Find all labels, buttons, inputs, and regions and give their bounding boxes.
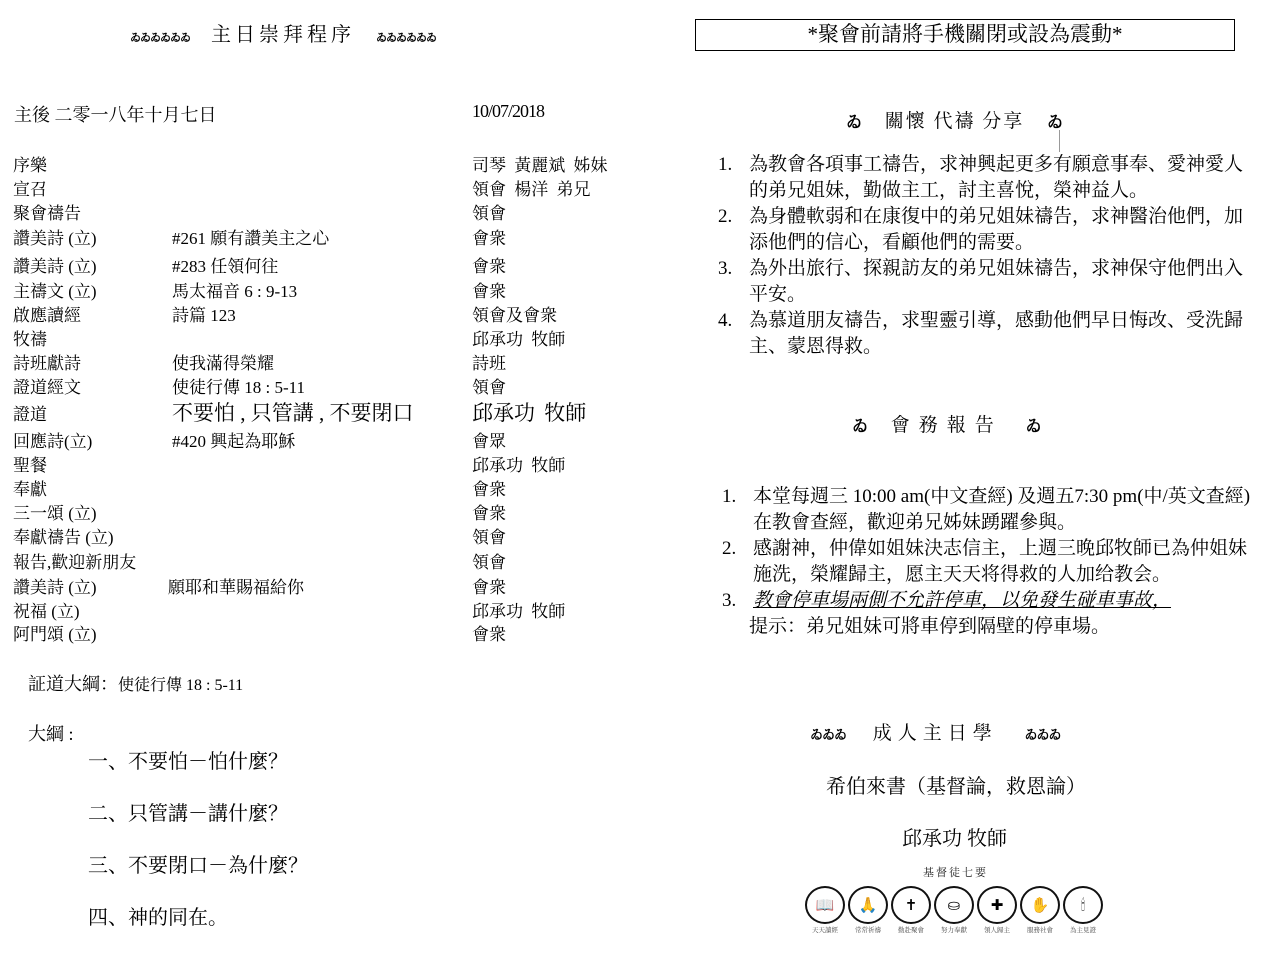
program-row: 讚美詩 (立)#261 願有讚美主之心會衆 <box>0 224 640 248</box>
program-row: 聖餐邱承功 牧師 <box>0 451 640 475</box>
ornament-icon: ゐ <box>852 416 868 435</box>
item-text: 本堂每週三 10:00 am(中文查經) 及週五7:30 pm(中/英文查經)在… <box>753 486 1250 533</box>
program-item: 祝福 (立) <box>13 597 80 622</box>
program-row: 三一頌 (立)會衆 <box>0 499 640 523</box>
essential-label: 服務社會 <box>1017 925 1063 934</box>
program-leader: 領會 <box>472 373 506 398</box>
program-row-sermon: 證道不要怕 , 只管講 , 不要閉口邱承功 牧師 <box>0 400 640 424</box>
program-item: 牧禱 <box>13 325 47 350</box>
program-row: 讚美詩 (立)願耶和華賜福給你會衆 <box>0 573 640 597</box>
program-item: 序樂 <box>13 151 47 176</box>
program-leader: 詩班 <box>472 349 506 374</box>
program-row: 奉獻禱告 (立)領會 <box>0 523 640 547</box>
program-detail: #261 願有讚美主之心 <box>172 224 329 249</box>
program-row: 啟應讀經詩篇 123領會及會衆 <box>0 301 640 325</box>
reading-icon: 📖 <box>805 886 845 924</box>
program-item: 回應詩(立) <box>13 427 92 452</box>
program-item: 宣召 <box>13 175 47 200</box>
item-number: 2. <box>718 204 732 230</box>
prayer-list: 1.為教會各項事工禱告，求神興起更多有願意事奉、愛神愛人的弟兄姐妹，勤做主工，討… <box>712 152 1257 360</box>
evangelism-icon: ✚ <box>977 886 1017 924</box>
outline-point: 二、只管講－講什麼？ <box>88 797 288 826</box>
program-row: 奉獻會衆 <box>0 475 640 499</box>
outline-label: 大綱 : <box>28 720 74 746</box>
sunday-school-teacher: 邱承功 牧師 <box>902 822 1007 851</box>
program-row: 序樂司琴 黃麗斌 姊妹 <box>0 151 640 175</box>
ornament-icon: ゐ <box>1047 112 1063 131</box>
program-row: 宣召領會 楊洋 弟兄 <box>0 175 640 199</box>
program-item: 主禱文 (立) <box>13 277 97 302</box>
program-item: 阿門頌 (立) <box>13 620 97 645</box>
program-item: 奉獻 <box>13 475 47 500</box>
sermon-outline-heading: 証道大綱：使徒行傳 18 : 5-11 <box>28 670 243 696</box>
prayer-item: 3.為外出旅行、探親訪友的弟兄姐妹禱告，求神保守他們出入平安。 <box>712 256 1257 308</box>
program-detail: #283 任領何往 <box>172 252 278 277</box>
ornament-icon: ゐゐゐ <box>1025 728 1061 743</box>
sunday-school-heading-text: 成人主日學 <box>873 723 998 744</box>
divider-line <box>1059 130 1060 152</box>
program-leader: 會衆 <box>472 277 506 302</box>
program-detail: 使徒行傳 18 : 5-11 <box>172 373 305 398</box>
ornament-icon: ゐ <box>1026 416 1042 435</box>
item-text: 感謝神，仲偉如姐妹決志信主，上週三晚邱牧師已為仲姐妹施洗，榮耀歸主，愿主天天将得… <box>753 538 1247 585</box>
program-item: 詩班獻詩 <box>13 349 81 374</box>
item-number: 3. <box>722 588 736 614</box>
program-leader: 會衆 <box>472 499 506 524</box>
program-detail: 馬太福音 6 : 9-13 <box>172 277 297 302</box>
item-number: 1. <box>718 152 732 178</box>
praying-icon: 🙏 <box>848 886 888 924</box>
program-item: 讚美詩 (立) <box>13 224 97 249</box>
program-item: 聖餐 <box>13 451 47 476</box>
outline-point: 四、神的同在。 <box>88 901 228 930</box>
program-item: 讚美詩 (立) <box>13 252 97 277</box>
program-leader: 領會 <box>472 199 506 224</box>
program-row: 阿門頌 (立)會衆 <box>0 620 640 644</box>
ornament-icon: ゐ <box>846 112 862 131</box>
essential-label: 天天讀經 <box>802 925 848 934</box>
program-item: 奉獻禱告 (立) <box>13 523 114 548</box>
essential-label: 為主見證 <box>1060 925 1106 934</box>
program-row: 報告,歡迎新朋友領會 <box>0 548 640 572</box>
sermon-outline-label: 証道大綱： <box>28 674 118 694</box>
program-detail: 使我滿得榮耀 <box>172 349 274 374</box>
essential-label: 常常祈禱 <box>845 925 891 934</box>
announcements-heading: ゐ 會務報告 ゐ <box>852 410 1042 437</box>
parking-hint: 提示：弟兄姐妹可將車停到隔壁的停車場。 <box>749 616 1110 637</box>
preacher: 邱承功 牧師 <box>472 397 586 427</box>
program-item: 啟應讀經 <box>13 301 81 326</box>
item-number: 1. <box>722 484 736 510</box>
program-detail: #420 興起為耶穌 <box>172 427 295 452</box>
program-detail: 願耶和華賜福給你 <box>168 573 304 598</box>
outline-point: 三、不要閉口－為什麼？ <box>88 849 308 878</box>
program-leader: 邱承功 牧師 <box>472 325 565 350</box>
program-row: 聚會禱告領會 <box>0 199 640 223</box>
seven-essentials-graphic: 基督徒七要 📖 🙏 ✝ ⛀ ✚ ✋ 🕯 天天讀經 常常祈禱 勤赴聚會 努力奉獻 … <box>803 864 1108 938</box>
program-item: 報告,歡迎新朋友 <box>13 548 136 573</box>
parking-warning: 教會停車場兩側不允許停車，以免發生碰車事故， <box>753 590 1171 611</box>
sermon-outline-reference: 使徒行傳 18 : 5-11 <box>118 677 243 694</box>
date-chinese: 主後 二零一八年十月七日 <box>14 101 217 127</box>
outline-point: 一、不要怕－怕什麼？ <box>88 745 288 774</box>
date-numeric: 10/07/2018 <box>472 101 544 122</box>
offering-icon: ⛀ <box>934 886 974 924</box>
candle-icon: 🕯 <box>1063 886 1103 924</box>
program-leader: 領會及會衆 <box>472 301 557 326</box>
sunday-school-heading: ゐゐゐ 成人主日學 ゐゐゐ <box>810 718 1061 745</box>
item-number: 4. <box>718 308 732 334</box>
program-leader: 會衆 <box>472 252 506 277</box>
ornament-left-icon: ゐゐゐゐゐゐ <box>130 31 190 44</box>
program-item: 證道經文 <box>13 373 81 398</box>
program-row: 詩班獻詩使我滿得榮耀詩班 <box>0 349 640 373</box>
prayer-item: 4.為慕道朋友禱告，求聖靈引導，感動他們早日悔改、受洗歸主、蒙恩得救。 <box>712 308 1257 360</box>
item-number: 3. <box>718 256 732 282</box>
program-row: 證道經文使徒行傳 18 : 5-11領會 <box>0 373 640 397</box>
item-text: 為身體軟弱和在康復中的弟兄姐妹禱告，求神醫治他們，加添他們的信心，看顧他們的需要… <box>749 206 1243 253</box>
program-leader: 領會 <box>472 523 506 548</box>
program-row: 讚美詩 (立)#283 任領何往會衆 <box>0 252 640 276</box>
item-number: 2. <box>722 536 736 562</box>
order-of-service-title: ゐゐゐゐゐゐ 主日崇拜程序 ゐゐゐゐゐゐ <box>130 18 436 47</box>
essential-label: 領人歸主 <box>974 925 1020 934</box>
program-row: 主禱文 (立)馬太福音 6 : 9-13會衆 <box>0 277 640 301</box>
ornament-icon: ゐゐゐ <box>810 728 846 743</box>
item-text: 為教會各項事工禱告，求神興起更多有願意事奉、愛神愛人的弟兄姐妹，勤做主工，討主喜… <box>749 154 1243 201</box>
item-text: 為外出旅行、探親訪友的弟兄姐妹禱告，求神保守他們出入平安。 <box>749 258 1243 305</box>
program-leader: 會衆 <box>472 224 506 249</box>
gathering-icon: ✝ <box>891 886 931 924</box>
service-icon: ✋ <box>1020 886 1060 924</box>
program-row: 祝福 (立)邱承功 牧師 <box>0 597 640 621</box>
announcements-heading-text: 會務報告 <box>891 415 1003 436</box>
seven-essentials-title: 基督徒七要 <box>803 864 1108 880</box>
essential-label: 努力奉獻 <box>931 925 977 934</box>
prayer-item: 2.為身體軟弱和在康復中的弟兄姐妹禱告，求神醫治他們，加添他們的信心，看顧他們的… <box>712 204 1257 256</box>
announcement-list: 1.本堂每週三 10:00 am(中文查經) 及週五7:30 pm(中/英文查經… <box>716 484 1261 640</box>
program-leader: 會衆 <box>472 620 506 645</box>
prayer-item: 1.為教會各項事工禱告，求神興起更多有願意事奉、愛神愛人的弟兄姐妹，勤做主工，討… <box>712 152 1257 204</box>
program-row: 回應詩(立)#420 興起為耶穌會眾 <box>0 427 640 451</box>
care-heading: ゐ 關懷 代禱 分享 ゐ <box>846 106 1063 133</box>
essential-label: 勤赴聚會 <box>888 925 934 934</box>
program-leader: 領會 楊洋 弟兄 <box>472 175 591 200</box>
program-detail: 詩篇 123 <box>172 301 236 326</box>
program-item: 讚美詩 (立) <box>13 573 97 598</box>
title-text: 主日崇拜程序 <box>211 24 355 46</box>
announcement-item: 3.教會停車場兩側不允許停車，以免發生碰車事故，提示：弟兄姐妹可將車停到隔壁的停… <box>716 588 1261 640</box>
announcement-item: 2.感謝神，仲偉如姐妹決志信主，上週三晚邱牧師已為仲姐妹施洗，榮耀歸主，愿主天天… <box>716 536 1261 588</box>
program-item: 證道 <box>13 400 47 425</box>
program-leader: 會衆 <box>472 475 506 500</box>
phone-notice-box: *聚會前請將手機關閉或設為震動* <box>695 19 1235 51</box>
program-leader: 會衆 <box>472 573 506 598</box>
program-leader: 邱承功 牧師 <box>472 597 565 622</box>
announcement-item: 1.本堂每週三 10:00 am(中文查經) 及週五7:30 pm(中/英文查經… <box>716 484 1261 536</box>
program-row: 牧禱邱承功 牧師 <box>0 325 640 349</box>
sunday-school-book: 希伯來書（基督論，救恩論） <box>826 770 1086 799</box>
program-item: 聚會禱告 <box>13 199 81 224</box>
program-leader: 邱承功 牧師 <box>472 451 565 476</box>
care-heading-text: 關懷 代禱 分享 <box>885 111 1025 132</box>
program-item: 三一頌 (立) <box>13 499 97 524</box>
program-leader: 會眾 <box>472 427 506 452</box>
sermon-title: 不要怕 , 只管講 , 不要閉口 <box>172 397 414 427</box>
ornament-right-icon: ゐゐゐゐゐゐ <box>376 31 436 44</box>
program-leader: 領會 <box>472 548 506 573</box>
program-leader: 司琴 黃麗斌 姊妹 <box>472 151 608 176</box>
item-text: 為慕道朋友禱告，求聖靈引導，感動他們早日悔改、受洗歸主、蒙恩得救。 <box>749 310 1243 357</box>
